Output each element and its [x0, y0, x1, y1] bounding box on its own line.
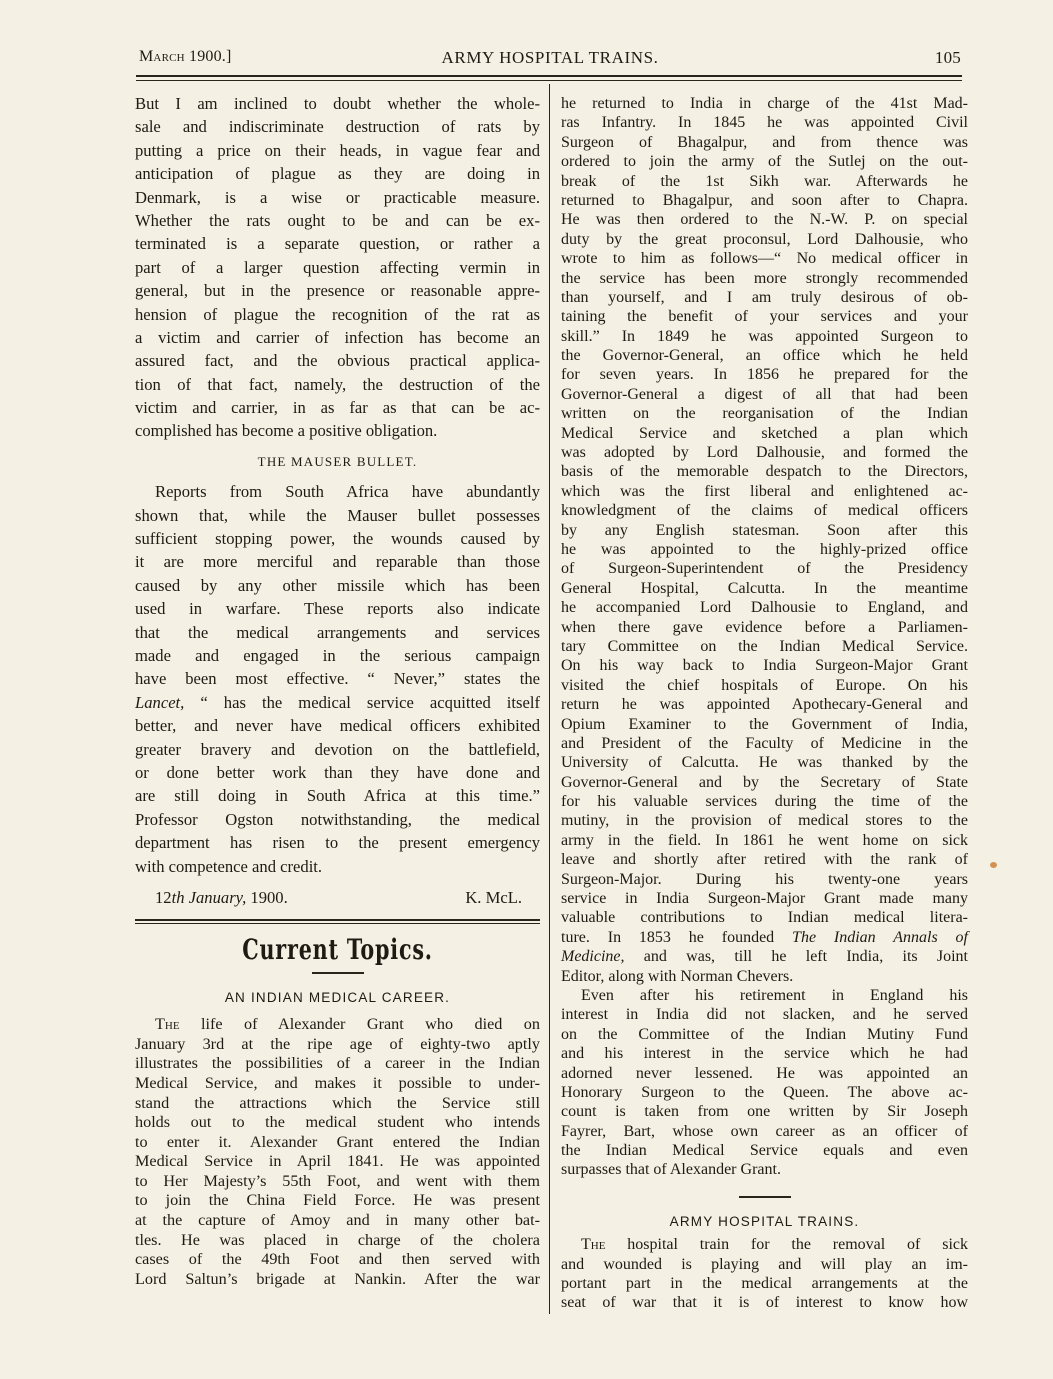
text-line: tary Committee on the Indian Medical Ser… [561, 637, 968, 656]
retirement-paragraph: Even after his retirement in England his… [561, 986, 968, 1180]
text-line: department has risen to the present emer… [135, 831, 540, 854]
text-line: putting a price on their heads, in vague… [135, 139, 540, 162]
journal-title-cont: Medicine, [561, 948, 625, 965]
current-topics-title: Current Topics. [171, 938, 503, 961]
text-line: illustrates the possibilities of a caree… [135, 1054, 540, 1074]
indian-medical-career-heading: AN INDIAN MEDICAL CAREER. [135, 986, 540, 1009]
column-divider [549, 84, 550, 1314]
text-line: Medicine, and was, till he left India, i… [561, 947, 968, 966]
signature-line: 12th January, 1900. K. McL. [135, 886, 540, 909]
text-line: part of a larger question affecting verm… [135, 256, 540, 279]
text-line: to enter it. Alexander Grant entered the… [135, 1133, 540, 1153]
text-span: life of Alexander Grant who died on [180, 1015, 540, 1033]
text-line: sufficient stopping power, the wounds ca… [135, 527, 540, 550]
text-line: it are more merciful and reparable than … [135, 550, 540, 573]
mauser-bullet-heading: THE MAUSER BULLET. [135, 450, 540, 473]
text-line: stand the attractions which the Service … [135, 1094, 540, 1114]
text-line: taining the benefit of your services and… [561, 307, 968, 326]
text-line: University of Calcutta. He was thanked b… [561, 753, 968, 772]
text-line: to Her Majesty’s 55th Foot, and went wit… [135, 1172, 540, 1192]
text-line: General Hospital, Calcutta. In the meant… [561, 579, 968, 598]
header-rule [136, 75, 962, 77]
text-line: break of the 1st Sikh war. Afterwards he [561, 172, 968, 191]
text-line: ordered to join the army of the Sutlej o… [561, 152, 968, 171]
text-line: for seven years. In 1856 he prepared for… [561, 365, 968, 384]
text-line: Governor-General a digest of all that ha… [561, 385, 968, 404]
text-line: basis of the memorable despatch to the D… [561, 462, 968, 481]
text-line: January 3rd at the ripe age of eighty-tw… [135, 1035, 540, 1055]
text-line: tion of that fact, namely, the destructi… [135, 373, 540, 396]
text-line: Surgeon-Major. During his twenty-one yea… [561, 870, 968, 889]
text-line: was adopted by Lord Dalhousie, and forme… [561, 443, 968, 462]
text-line: Whether the rats ought to be and can be … [135, 209, 540, 232]
text-line: interest in India did not slacken, and h… [561, 1005, 968, 1024]
left-column: But I am inclined to doubt whether the w… [135, 92, 540, 1289]
text-line: he was appointed to the highly-prized of… [561, 540, 968, 559]
text-line: Medical Service and sketched a plan whic… [561, 424, 968, 443]
journal-page: March 1900.] ARMY HOSPITAL TRAINS. 105 B… [0, 0, 1053, 1379]
text-line: used in warfare. These reports also indi… [135, 597, 540, 620]
text-line: complished has become a positive obligat… [135, 419, 540, 442]
header-rule-thin [136, 80, 962, 81]
text-line: return he was appointed Apothecary-Gener… [561, 695, 968, 714]
text-line: skill.” In 1849 he was appointed Surgeon… [561, 327, 968, 346]
text-line: Medical Service, and makes it possible t… [135, 1074, 540, 1094]
text-line: But I am inclined to doubt whether the w… [135, 92, 540, 115]
text-line: portant part in the medical arrangements… [561, 1274, 968, 1293]
text-line: caused by any other missile which has be… [135, 574, 540, 597]
text-line: He was then ordered to the N.-W. P. on s… [561, 210, 968, 229]
text-line: that the medical arrangements and servic… [135, 621, 540, 644]
text-line: Lord Saltun’s brigade at Nankin. After t… [135, 1270, 540, 1290]
drop-word: The [581, 1236, 605, 1253]
text-line: the Governor-General, an office which he… [561, 346, 968, 365]
text-line: ras Infantry. In 1845 he was appointed C… [561, 113, 968, 132]
text-line: general, but in the presence or reasonab… [135, 279, 540, 302]
text-line: of Surgeon-Superintendent of the Preside… [561, 559, 968, 578]
signature-author: K. McL. [465, 886, 522, 909]
date-month: th January, [172, 888, 247, 907]
text-line: terminated is a separate question, or ra… [135, 232, 540, 255]
text-line: wrote to him as follows—“ No medical off… [561, 249, 968, 268]
text-line: Lancet, “ has the medical service acquit… [135, 691, 540, 714]
text-line: a victim and carrier of infection has be… [135, 326, 540, 349]
text-line: greater bravery and devotion on the batt… [135, 738, 540, 761]
text-line: Professor Ogston notwithstanding, the me… [135, 808, 540, 831]
text-line: valuable contributions to Indian medical… [561, 908, 968, 927]
text-line: tles. He was placed in charge of the cho… [135, 1231, 540, 1251]
text-line: hension of plague the recognition of the… [135, 303, 540, 326]
text-line: at the capture of Amoy and in many other… [135, 1211, 540, 1231]
text-line: count is taken from one written by Sir J… [561, 1102, 968, 1121]
text-line: Fayrer, Bart, whose own career as an off… [561, 1122, 968, 1141]
signature-date: 12th January, 1900. [155, 886, 288, 909]
text-line: army in the field. In 1861 he went home … [561, 831, 968, 850]
mauser-paragraph: Reports from South Africa have abundantl… [135, 480, 540, 878]
text-line: he accompanied Lord Dalhousie to England… [561, 598, 968, 617]
text-line: Governor-General and by the Secretary of… [561, 773, 968, 792]
text-line: holds out to the medical student who int… [135, 1113, 540, 1133]
text-line: Editor, along with Norman Chevers. [561, 967, 968, 986]
text-line: surpasses that of Alexander Grant. [561, 1160, 968, 1179]
text-line: when there gave evidence before a Parlia… [561, 618, 968, 637]
text-line: The life of Alexander Grant who died on [135, 1015, 540, 1035]
text-line: on the Committee of the Indian Mutiny Fu… [561, 1025, 968, 1044]
text-line: better, and never have medical officers … [135, 714, 540, 737]
text-line: the service has been more strongly recom… [561, 269, 968, 288]
text-line: victim and carrier, in as far as that ca… [135, 396, 540, 419]
text-line: Reports from South Africa have abundantl… [135, 480, 540, 503]
text-span: hospital train for the removal of sick [605, 1236, 968, 1253]
text-line: mutiny, in the provision of medical stor… [561, 811, 968, 830]
text-line: seat of war that it is of interest to kn… [561, 1293, 968, 1312]
text-line: with competence and credit. [135, 855, 540, 878]
text-line: Opium Examiner to the Government of Indi… [561, 715, 968, 734]
text-line: made and engaged in the serious campaign [135, 644, 540, 667]
text-line: and wounded is playing and will play an … [561, 1255, 968, 1274]
paper-stain [990, 862, 997, 868]
text-line: have been most effective. “ Never,” stat… [135, 667, 540, 690]
right-column: he returned to India in charge of the 41… [561, 94, 968, 1313]
text-line: visited the chief hospitals of Europe. O… [561, 676, 968, 695]
page-number: 105 [935, 48, 961, 68]
running-title: ARMY HOSPITAL TRAINS. [139, 48, 961, 68]
text-line: the Indian Medical Service equals and ev… [561, 1141, 968, 1160]
date-day: 12 [155, 888, 172, 907]
text-line: ture. In 1853 he founded The Indian Anna… [561, 928, 968, 947]
army-hospital-trains-heading: ARMY HOSPITAL TRAINS. [561, 1212, 968, 1231]
career-paragraph: The life of Alexander Grant who died on … [135, 1015, 540, 1289]
text-line: knowledgment of the claims of medical of… [561, 501, 968, 520]
career-continued-paragraph: he returned to India in charge of the 41… [561, 94, 968, 986]
text-line: and his interest in the service which he… [561, 1044, 968, 1063]
journal-title: The Indian Annals of [792, 929, 968, 946]
text-line: are still doing in South Africa at this … [135, 784, 540, 807]
text-line: Honorary Surgeon to the Queen. The above… [561, 1083, 968, 1102]
text-line: he returned to India in charge of the 41… [561, 94, 968, 113]
text-line: assured fact, and the obvious practical … [135, 349, 540, 372]
text-line: returned to Bhagalpur, and soon after to… [561, 191, 968, 210]
text-line: for his valuable services during the tim… [561, 792, 968, 811]
text-line: duty by the great proconsul, Lord Dalhou… [561, 230, 968, 249]
text-line: The hospital train for the removal of si… [561, 1235, 968, 1254]
text-line: sale and indiscriminate destruction of r… [135, 115, 540, 138]
text-line: adorned never lessened. He was appointed… [561, 1064, 968, 1083]
text-line: service in India Surgeon-Major Grant mad… [561, 889, 968, 908]
text-line: Medical Service in April 1841. He was ap… [135, 1152, 540, 1172]
text-line: On his way back to India Surgeon-Major G… [561, 656, 968, 675]
text-line: Surgeon of Bhagalpur, and from thence wa… [561, 133, 968, 152]
date-year: 1900. [246, 888, 287, 907]
text-line: Even after his retirement in England his [561, 986, 968, 1005]
short-rule [739, 1196, 791, 1198]
lancet-citation: Lancet, [135, 693, 184, 712]
text-line: leave and shortly after retired with the… [561, 850, 968, 869]
text-line: by any English statesman. Soon after thi… [561, 521, 968, 540]
text-line: and President of the Faculty of Medicine… [561, 734, 968, 753]
text-line: written on the reorganisation of the Ind… [561, 404, 968, 423]
text-span: and was, till he left India, its Joint [625, 948, 968, 965]
text-line: than yourself, and I am truly desirous o… [561, 288, 968, 307]
text-line: Denmark, is a wise or practicable measur… [135, 186, 540, 209]
text-line: shown that, while the Mauser bullet poss… [135, 504, 540, 527]
text-span: “ has the medical service acquitted itse… [184, 693, 540, 712]
drop-word: The [155, 1015, 180, 1033]
text-line: to join the China Field Force. He was pr… [135, 1191, 540, 1211]
text-line: cases of the 49th Foot and then served w… [135, 1250, 540, 1270]
section-rule [135, 919, 540, 924]
text-span: ture. In 1853 he founded [561, 929, 792, 946]
rats-paragraph: But I am inclined to doubt whether the w… [135, 92, 540, 443]
short-rule [312, 972, 364, 974]
text-line: or done better work than they have done … [135, 761, 540, 784]
running-header: March 1900.] ARMY HOSPITAL TRAINS. 105 [139, 48, 961, 70]
text-line: which was the first liberal and enlighte… [561, 482, 968, 501]
text-line: anticipation of plague as they are doing… [135, 162, 540, 185]
trains-paragraph: The hospital train for the removal of si… [561, 1235, 968, 1313]
